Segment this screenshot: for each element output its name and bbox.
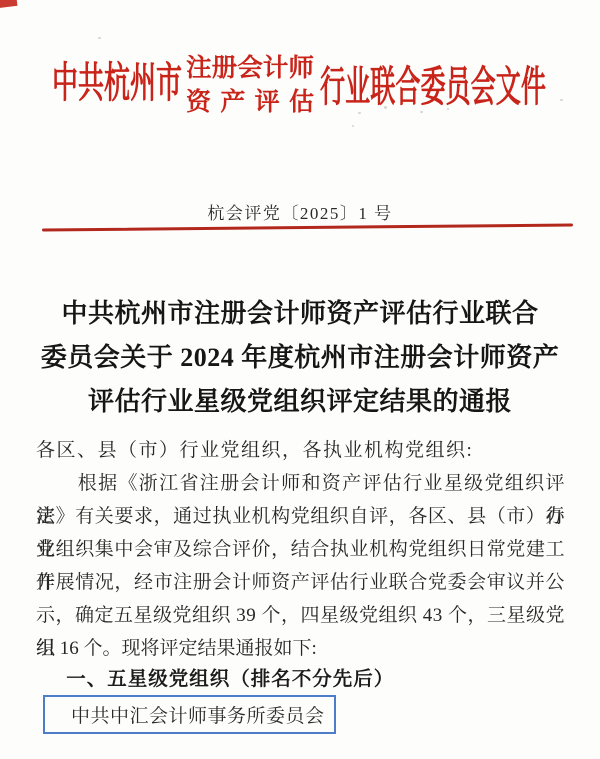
scan-speck — [352, 125, 354, 127]
scan-corner-artifact — [0, 0, 17, 8]
letterhead-stack-bottom: 资产评估 — [186, 87, 314, 116]
title-line-2: 委员会关于 2024 年度杭州市注册会计师资产 — [22, 336, 578, 380]
document-body: 各区、县（市）行业党组织，各执业机构党组织: 根据《浙江省注册会计师和资产评估行… — [36, 434, 565, 734]
body-line: 根据《浙江省注册会计师和资产评估行业星级党组织评定办 — [36, 467, 565, 500]
letterhead-org-right: 行业联合委员会文件 — [320, 64, 546, 111]
scan-speck — [447, 108, 449, 110]
highlighted-organization-label: 中共中汇会计师事务所委员会 — [71, 701, 325, 728]
title-line-3: 评估行业星级党组织评定结果的通报 — [22, 380, 578, 424]
body-line: 织 16 个。现将评定结果通报如下: — [36, 632, 565, 665]
section-heading-five-star: 一、五星级党组织（排名不分先后） — [36, 665, 565, 694]
title-line-1: 中共杭州市注册会计师资产评估行业联合 — [22, 292, 578, 336]
body-line: 党组织集中会审及综合评价，结合执业机构党组织日常党建工作 — [36, 533, 565, 566]
letterhead-org-left: 中共杭州市 — [52, 60, 182, 107]
scanned-document-page: 中共杭州市 注册会计师 资产评估 行业联合委员会文件 杭会评党〔2025〕1 号… — [0, 0, 600, 759]
letterhead: 中共杭州市 注册会计师 资产评估 行业联合委员会文件 — [0, 28, 600, 128]
body-line: 开展情况，经市注册会计师资产评估行业联合党委会审议并公 — [36, 566, 565, 599]
scan-speck — [98, 37, 101, 39]
body-line: 法》有关要求，通过执业机构党组织自评，各区、县（市）行业 — [36, 500, 565, 533]
letterhead-stack-top: 注册会计师 — [186, 53, 314, 82]
highlighted-organization-box: 中共中汇会计师事务所委员会 — [43, 695, 336, 734]
scan-speck — [420, 111, 423, 113]
document-title: 中共杭州市注册会计师资产评估行业联合 委员会关于 2024 年度杭州市注册会计师… — [22, 292, 578, 424]
scan-speck — [560, 99, 563, 101]
scan-speck — [384, 106, 387, 109]
body-line: 示，确定五星级党组织 39 个，四星级党组织 43 个，三星级党组 — [36, 599, 565, 632]
salutation-line: 各区、县（市）行业党组织，各执业机构党组织: — [36, 434, 565, 467]
red-divider-line — [42, 223, 573, 231]
document-number: 杭会评党〔2025〕1 号 — [0, 199, 600, 224]
scan-speck — [358, 112, 361, 114]
